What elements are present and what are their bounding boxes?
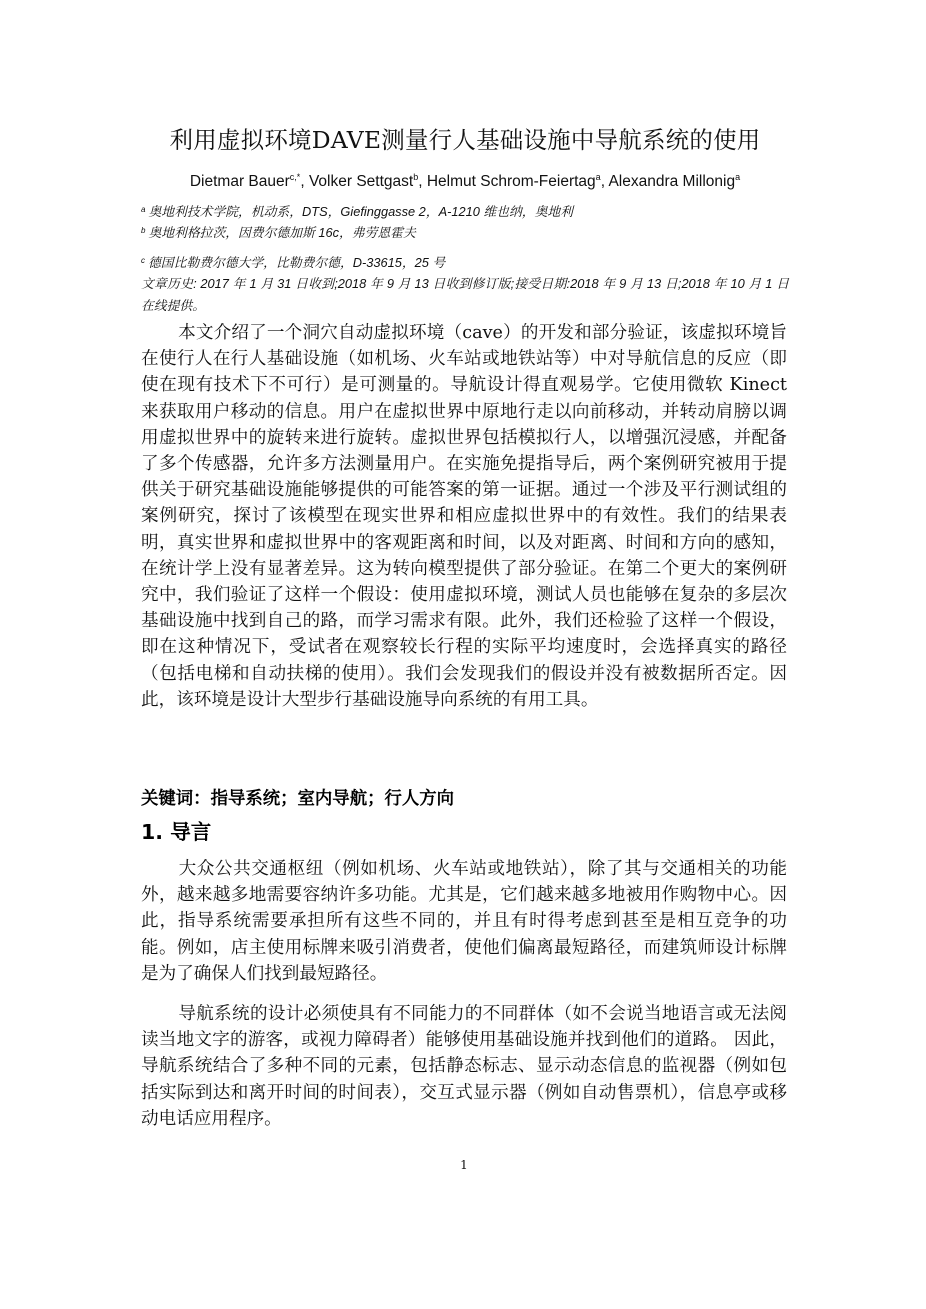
intro-paragraph-2: 导航系统的设计必须使具有不同能力的不同群体（如不会说当地语言或无法阅读当地文字的… (141, 1001, 787, 1132)
author-separator: , (418, 173, 427, 190)
article-history: 文章历史: 2017 年 1 月 31 日收到;2018 年 9 月 13 日收… (141, 273, 789, 317)
author-separator: , (300, 173, 309, 190)
author-name: Volker Settgast (309, 173, 413, 190)
page-number: 1 (141, 1158, 787, 1172)
author-name: Helmut Schrom-Feiertag (427, 173, 596, 190)
affiliation-a: a奥地利技术学院，机动系，DTS，Giefinggasse 2，A-1210 维… (141, 201, 573, 220)
author-name: Dietmar Bauer (190, 173, 290, 190)
paragraph-text: 导航系统的设计必须使具有不同能力的不同群体（如不会说当地语言或无法阅读当地文字的… (141, 1004, 787, 1129)
affiliation-text: 德国比勒费尔德大学，比勒费尔德，D-33615，25 号 (148, 255, 445, 270)
section-heading-introduction: 1. 导言 (141, 815, 211, 845)
paper-title: 利用虚拟环境DAVE测量行人基础设施中导航系统的使用 (141, 121, 789, 155)
abstract-text: 本文介绍了一个洞穴自动虚拟环境（cave）的开发和部分验证，该虚拟环境旨在使行人… (141, 323, 787, 710)
affiliation-text: 奥地利格拉茨，因费尔德加斯 16c，弗劳恩霍夫 (148, 225, 415, 240)
author-list: Dietmar Bauerc,*, Volker Settgastb, Helm… (141, 172, 789, 191)
paragraph-text: 大众公共交通枢纽（例如机场、火车站或地铁站），除了其与交通相关的功能外，越来越多… (141, 859, 787, 984)
affiliation-b: b奥地利格拉茨，因费尔德加斯 16c，弗劳恩霍夫 (141, 222, 416, 241)
affiliation-mark: b (141, 226, 145, 235)
abstract: 本文介绍了一个洞穴自动虚拟环境（cave）的开发和部分验证，该虚拟环境旨在使行人… (141, 320, 787, 713)
author-affiliation-mark: c,* (290, 172, 301, 182)
author-affiliation-mark: a (735, 172, 740, 182)
affiliation-mark: a (141, 205, 145, 214)
affiliation-c: c德国比勒费尔德大学，比勒费尔德，D-33615，25 号 (141, 252, 445, 271)
keywords: 关键词：指导系统；室内导航；行人方向 (141, 784, 454, 809)
affiliation-mark: c (141, 256, 145, 265)
intro-paragraph-1: 大众公共交通枢纽（例如机场、火车站或地铁站），除了其与交通相关的功能外，越来越多… (141, 856, 787, 987)
affiliation-text: 奥地利技术学院，机动系，DTS，Giefinggasse 2，A-1210 维也… (148, 204, 573, 219)
author-name: Alexandra Millonig (608, 173, 735, 190)
